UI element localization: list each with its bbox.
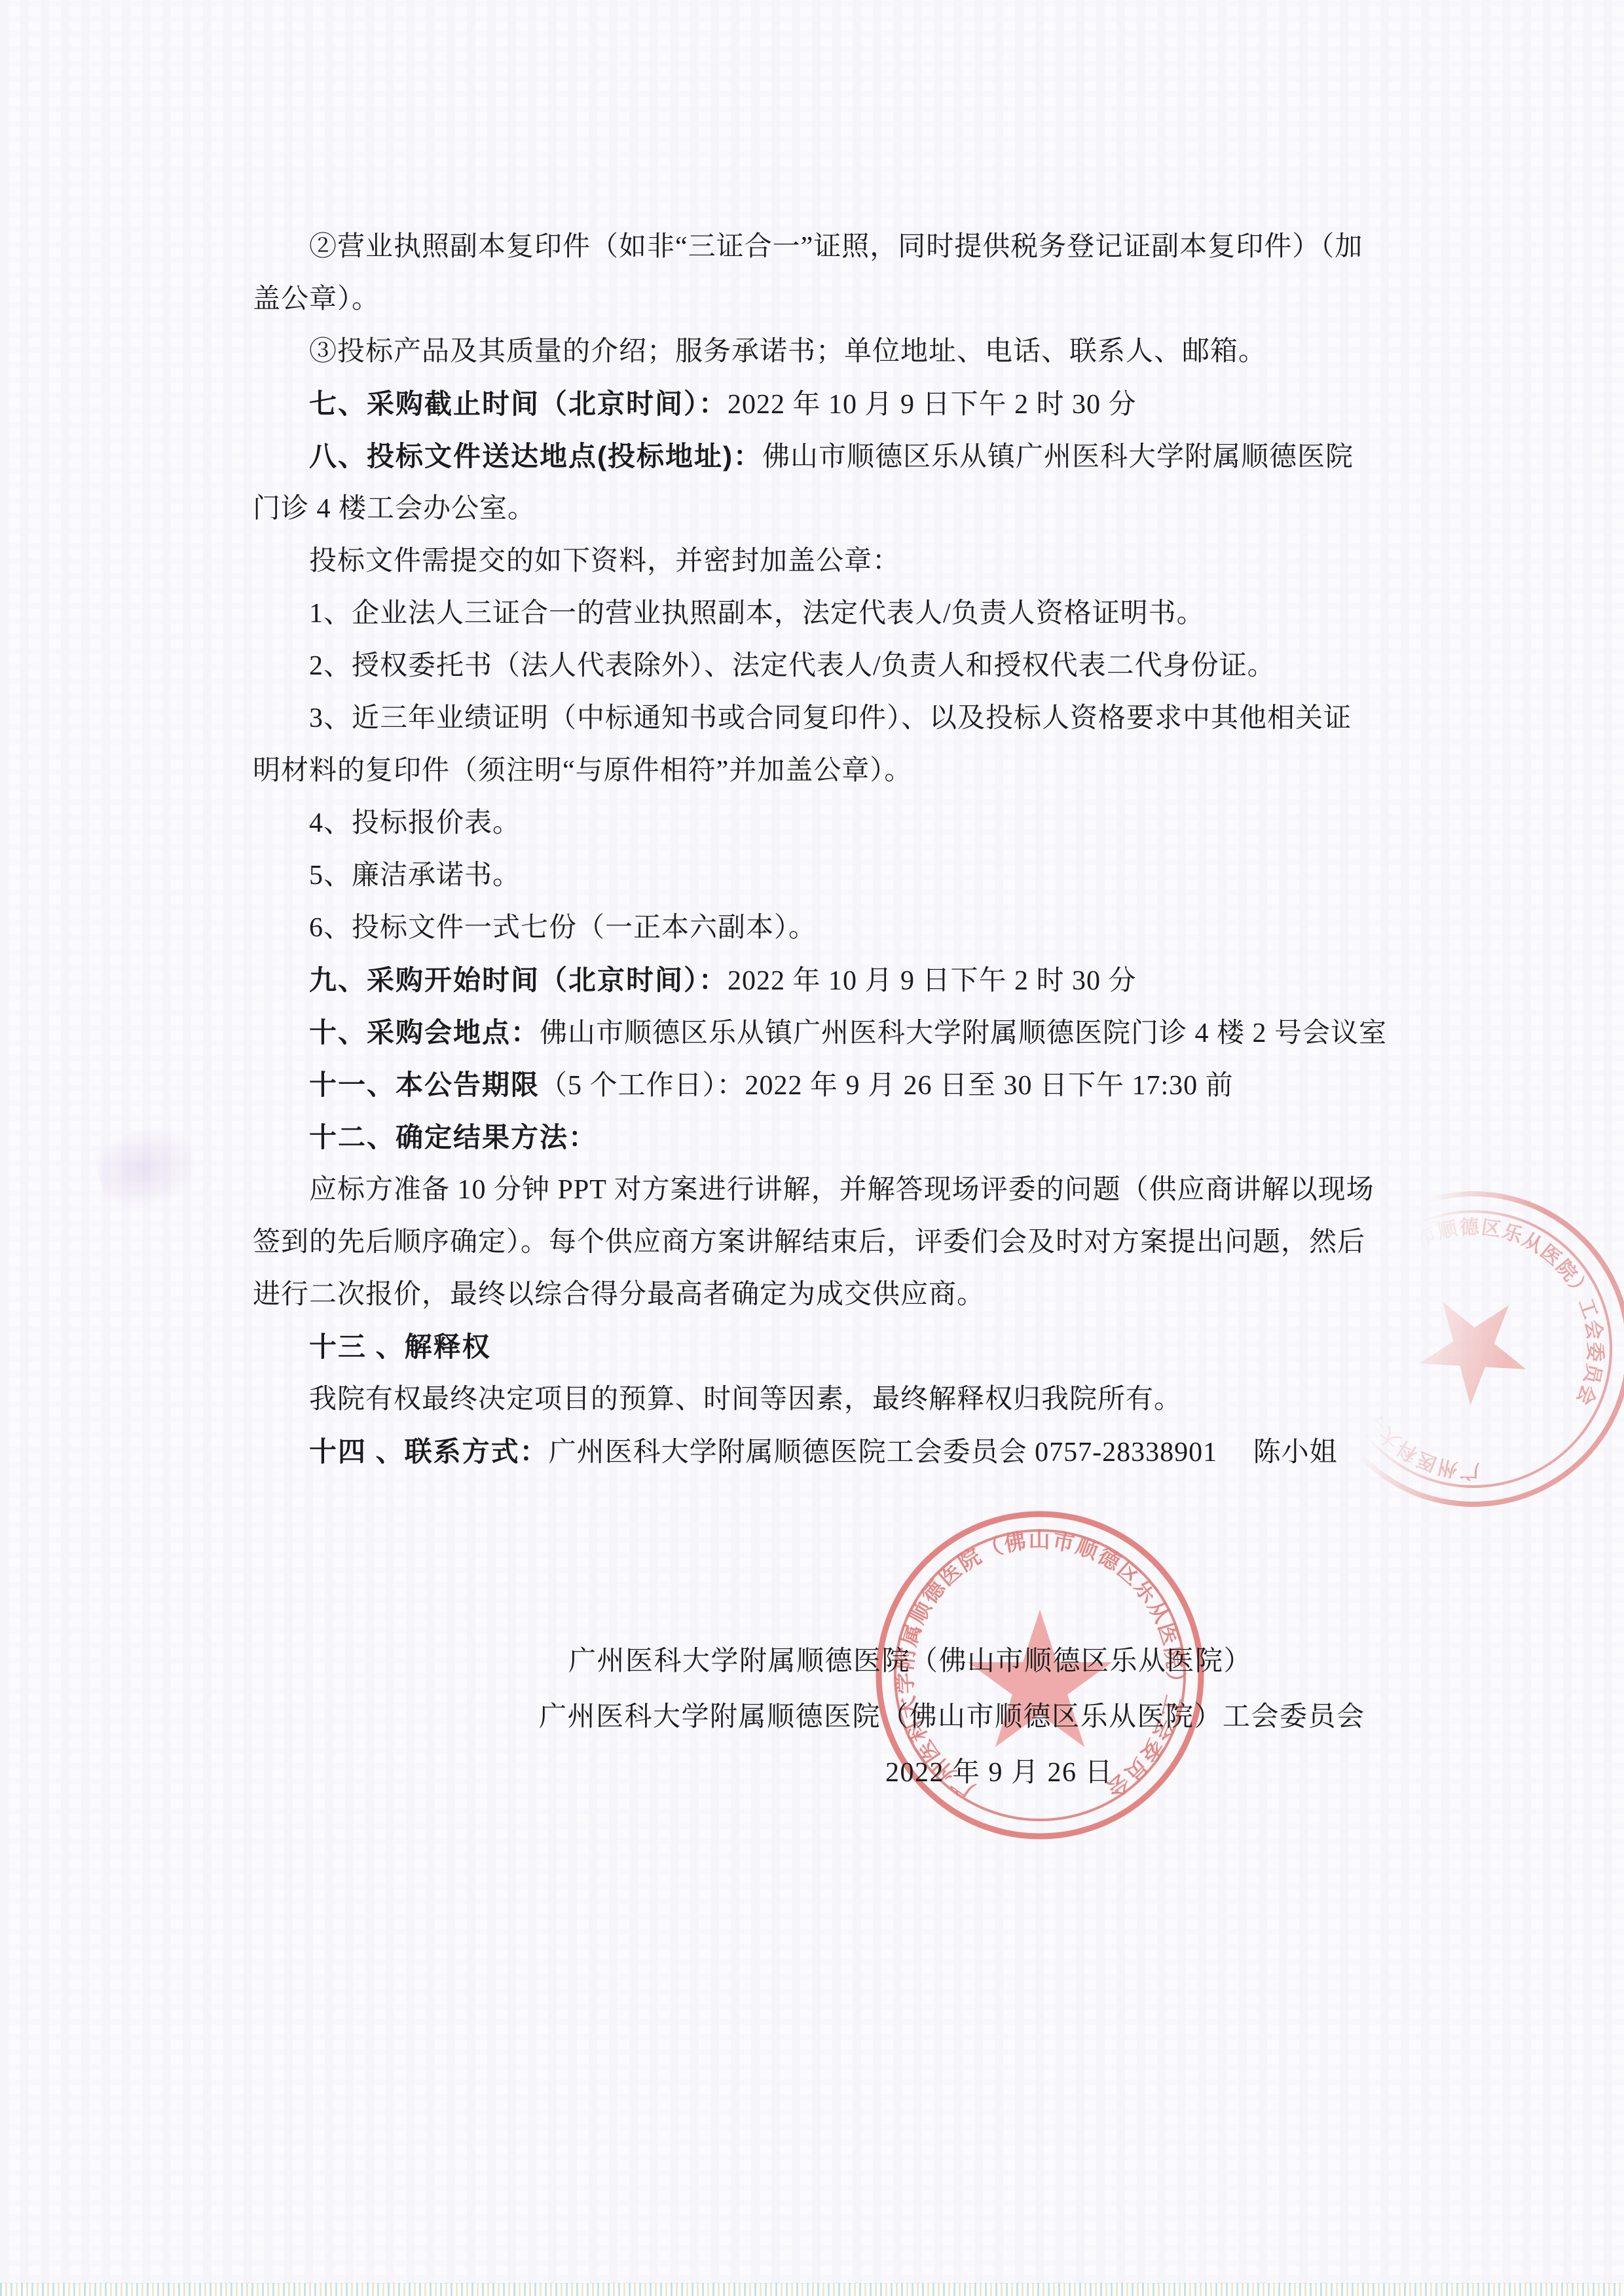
text-run: 我院有权最终决定项目的预算、时间等因素，最终解释权归我院所有。 xyxy=(309,1384,1182,1415)
text-line: 十二、确定结果方法： xyxy=(253,1111,1387,1164)
text-run-bold: 七、采购截止时间（北京时间）： xyxy=(309,388,728,419)
text-run-bold: 八、投标文件送达地点(投标地址)： xyxy=(309,441,762,472)
text-run: 2022 年 10 月 9 日下午 2 时 30 分 xyxy=(728,966,1137,996)
text-run: 投标文件需提交的如下资料，并密封加盖公章： xyxy=(309,546,900,576)
text-run: 门诊 4 楼工会办公室。 xyxy=(253,494,536,524)
text-run: 盖公章）。 xyxy=(253,284,380,314)
text-run: 佛山市顺德区乐从镇广州医科大学附属顺德医院门诊 4 楼 2 号会议室 xyxy=(540,1018,1387,1048)
text-run: 4、投标报价表。 xyxy=(309,808,521,838)
text-run: 2022 年 10 月 9 日下午 2 时 30 分 xyxy=(728,390,1137,420)
text-line: 1、企业法人三证合一的营业执照副本，法定代表人/负责人资格证明书。 xyxy=(253,587,1387,640)
document-body: ②营业执照副本复印件（如非“三证合一”证照，同时提供税务登记证副本复印件）（加盖… xyxy=(253,221,1387,1478)
text-line: 门诊 4 楼工会办公室。 xyxy=(253,483,1387,535)
text-run-bold: 十一、本公告期限 xyxy=(309,1069,540,1100)
text-line: ③投标产品及其质量的介绍；服务承诺书；单位地址、电话、联系人、邮箱。 xyxy=(253,325,1387,378)
text-run: 5、廉洁承诺书。 xyxy=(309,861,521,891)
text-run: 签到的先后顺序确定）。每个供应商方案讲解结束后，评委们会及时对方案提出问题，然后 xyxy=(253,1227,1365,1257)
signature-hospital-name: 广州医科大学附属顺德医院（佛山市顺德区乐从医院） xyxy=(568,1635,1252,1688)
text-run: 2、授权委托书（法人代表除外）、法定代表人/负责人和授权代表二代身份证。 xyxy=(309,651,1276,681)
text-line: 八、投标文件送达地点(投标地址)：佛山市顺德区乐从镇广州医科大学附属顺德医院 xyxy=(253,430,1387,483)
text-run-bold: 九、采购开始时间（北京时间）： xyxy=(309,965,728,995)
star-icon xyxy=(1398,1272,1543,1416)
signature-committee-name: 广州医科大学附属顺德医院（佛山市顺德区乐从医院）工会委员会 xyxy=(539,1691,1365,1743)
signature-date: 2022 年 9 月 26 日 xyxy=(885,1747,1113,1799)
text-line: 十三 、解释权 xyxy=(253,1321,1387,1373)
scan-smudge-artifact xyxy=(90,1119,204,1216)
text-run: 广州医科大学附属顺德医院工会委员会 0757-28338901 陈小姐 xyxy=(549,1437,1338,1468)
text-run: 应标方准备 10 分钟 PPT 对方案进行讲解，并解答现场评委的问题（供应商讲解… xyxy=(309,1175,1375,1205)
text-run: 明材料的复印件（须注明“与原件相符”并加盖公章）。 xyxy=(253,756,912,786)
text-line: ②营业执照副本复印件（如非“三证合一”证照，同时提供税务登记证副本复印件）（加 xyxy=(253,221,1387,273)
text-run: 6、投标文件一式七份（一正本六副本）。 xyxy=(309,913,817,943)
text-line: 十、采购会地点：佛山市顺德区乐从镇广州医科大学附属顺德医院门诊 4 楼 2 号会… xyxy=(253,1007,1387,1059)
text-line: 九、采购开始时间（北京时间）：2022 年 10 月 9 日下午 2 时 30 … xyxy=(253,954,1387,1007)
text-line: 应标方准备 10 分钟 PPT 对方案进行讲解，并解答现场评委的问题（供应商讲解… xyxy=(253,1164,1387,1216)
text-line: 签到的先后顺序确定）。每个供应商方案讲解结束后，评委们会及时对方案提出问题，然后 xyxy=(253,1216,1387,1268)
text-line: 6、投标文件一式七份（一正本六副本）。 xyxy=(253,902,1387,954)
text-line: 我院有权最终决定项目的预算、时间等因素，最终解释权归我院所有。 xyxy=(253,1373,1387,1426)
document-page: 广州医科大学附属顺德医院（佛山市顺德区乐从医院）工会委员会 广州医科大学附属顺德… xyxy=(0,0,1624,2296)
text-line: 十一、本公告期限（5 个工作日）：2022 年 9 月 26 日至 30 日下午… xyxy=(253,1059,1387,1111)
text-line: 2、授权委托书（法人代表除外）、法定代表人/负责人和授权代表二代身份证。 xyxy=(253,640,1387,692)
text-run-bold: 十、采购会地点： xyxy=(309,1017,540,1048)
text-run: ②营业执照副本复印件（如非“三证合一”证照，同时提供税务登记证副本复印件）（加 xyxy=(309,232,1363,262)
text-run: 佛山市顺德区乐从镇广州医科大学附属顺德医院 xyxy=(762,442,1354,472)
text-line: 明材料的复印件（须注明“与原件相符”并加盖公章）。 xyxy=(253,745,1387,797)
text-run: （5 个工作日）：2022 年 9 月 26 日至 30 日下午 17:30 前 xyxy=(540,1071,1234,1101)
text-run: 1、企业法人三证合一的营业执照副本，法定代表人/负责人资格证明书。 xyxy=(309,599,1205,629)
text-run: ③投标产品及其质量的介绍；服务承诺书；单位地址、电话、联系人、邮箱。 xyxy=(309,337,1266,367)
text-run-bold: 十三 、解释权 xyxy=(309,1331,491,1362)
text-run-bold: 十四 、联系方式： xyxy=(309,1436,549,1467)
text-line: 盖公章）。 xyxy=(253,273,1387,325)
text-line: 3、近三年业绩证明（中标通知书或合同复印件）、以及投标人资格要求中其他相关证 xyxy=(253,692,1387,745)
scan-edge-artifact xyxy=(0,2283,1624,2296)
text-run: 3、近三年业绩证明（中标通知书或合同复印件）、以及投标人资格要求中其他相关证 xyxy=(309,703,1352,733)
text-line: 4、投标报价表。 xyxy=(253,797,1387,849)
text-run: 进行二次报价，最终以综合得分最高者确定为成交供应商。 xyxy=(253,1280,985,1310)
text-run-bold: 十二、确定结果方法： xyxy=(309,1122,597,1153)
text-line: 十四 、联系方式：广州医科大学附属顺德医院工会委员会 0757-28338901… xyxy=(253,1426,1387,1478)
text-line: 七、采购截止时间（北京时间）：2022 年 10 月 9 日下午 2 时 30 … xyxy=(253,378,1387,430)
text-line: 投标文件需提交的如下资料，并密封加盖公章： xyxy=(253,535,1387,587)
text-line: 进行二次报价，最终以综合得分最高者确定为成交供应商。 xyxy=(253,1268,1387,1321)
text-line: 5、廉洁承诺书。 xyxy=(253,849,1387,902)
